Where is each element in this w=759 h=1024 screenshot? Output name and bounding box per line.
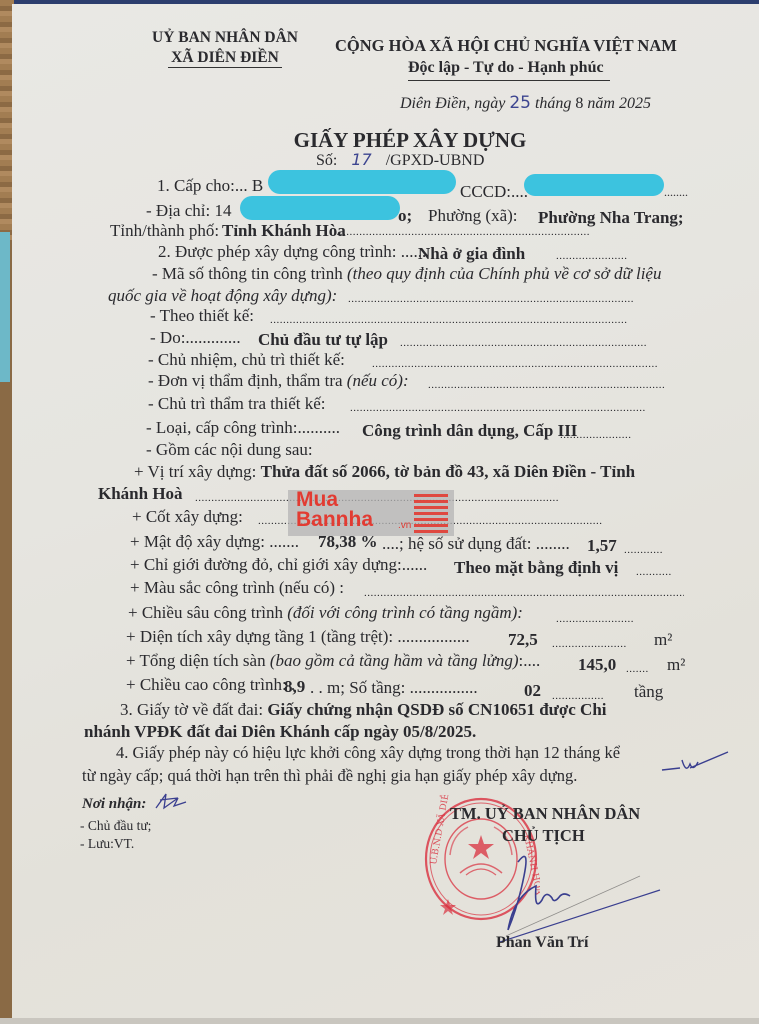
issued-to-label: 1. Cấp cho:... B <box>157 176 263 196</box>
design-label: - Theo thiết kế: <box>150 306 254 326</box>
boundary-value: Theo mặt bằng định vị <box>454 558 618 578</box>
header-left-underline <box>168 67 282 68</box>
far-value: 1,57 <box>587 536 617 556</box>
floor-area-line: + Tổng diện tích sàn (bao gồm cả tầng hầ… <box>126 651 540 671</box>
initials-icon <box>152 790 188 812</box>
floors-value: 02 <box>524 681 541 701</box>
density-value: 78,38 % <box>318 532 378 552</box>
design-lead-label: - Chủ nhiệm, chủ trì thiết kế: <box>148 350 345 370</box>
depth-dots: ........................ <box>556 609 634 629</box>
density-label: + Mật độ xây dựng: ....... <box>130 532 299 552</box>
by-dots: ........................................… <box>400 333 685 353</box>
redaction-address <box>240 196 400 220</box>
density-mid: ....; hệ số sử dụng đất: ........ <box>382 534 570 554</box>
height-label: + Chiều cao công trình: . <box>126 675 295 695</box>
floor-area-unit: m² <box>667 655 685 675</box>
appraisal-label: - Đơn vị thẩm định, thẩm tra (nếu có): <box>148 371 409 391</box>
ground-area-label: + Diện tích xây dựng tầng 1 (tầng trệt):… <box>126 627 470 647</box>
redaction-name <box>268 170 456 194</box>
watermark-logo: Mua Bannha .vn <box>288 490 454 536</box>
type-label: - Loại, cấp công trình:.......... <box>146 418 340 438</box>
design-lead-dots: ........................................… <box>372 354 684 374</box>
location-line: + Vị trí xây dựng: Thửa đất số 2066, tờ … <box>134 462 635 482</box>
commune-name: XÃ DIÊN ĐIỀN <box>150 48 300 68</box>
appraisal-dots: ........................................… <box>428 375 684 395</box>
color-label: + Màu sắc công trình (nếu có) : <box>130 578 344 598</box>
code-label: - Mã số thông tin công trình (theo quy đ… <box>152 264 661 284</box>
recipient-item: - Lưu:VT. <box>80 834 134 854</box>
handwritten-day: 25 <box>509 93 531 113</box>
elevation-label: + Cốt xây dựng: <box>132 507 243 527</box>
signatory-org: TM. UỶ BAN NHÂN DÂN <box>450 804 640 824</box>
depth-line: + Chiều sâu công trình (đối với công trì… <box>128 603 523 623</box>
date-line: Diên Điền, ngày 25 tháng 8 năm 2025 <box>400 93 651 114</box>
permitted-dots: ...................... <box>556 246 686 266</box>
by-value: Chủ đầu tư tự lập <box>258 330 388 350</box>
background-blue-object <box>0 232 10 382</box>
boundary-dots: ........... <box>636 562 672 582</box>
review-dots: ........................................… <box>350 398 685 418</box>
type-dots: ...................... <box>560 425 675 445</box>
land-docs-line: 3. Giấy tờ về đất đai: Giấy chứng nhận Q… <box>120 700 607 720</box>
review-label: - Chủ trì thẩm tra thiết kế: <box>148 394 326 414</box>
motto-underline <box>408 80 610 81</box>
land-docs-value: nhánh VPĐK đất đai Diên Khánh cấp ngày 0… <box>84 722 476 742</box>
floors-unit: tầng <box>634 682 663 702</box>
permit-number: Số: 17 /GPXD-UBND <box>316 150 484 171</box>
cccd-label: CCCD:.... <box>460 182 528 202</box>
handwritten-number: 17 <box>351 150 371 169</box>
watermark-suffix: .vn <box>398 520 411 531</box>
type-value: Công trình dân dụng, Cấp III <box>362 421 577 441</box>
recipient-item: - Chủ đầu tư; <box>80 816 151 836</box>
background-bottom-edge <box>0 1018 759 1024</box>
validity-line-2: từ ngày cấp; quá thời hạn trên thì phải … <box>82 766 577 786</box>
national-title: CỘNG HÒA XÃ HỘI CHỦ NGHĨA VIỆT NAM <box>335 36 677 56</box>
permitted-label: 2. Được phép xây dựng công trình: ...... <box>158 242 426 262</box>
permitted-value: Nhà ở gia đình <box>418 244 525 264</box>
ground-area-dots: ....................... <box>552 634 627 654</box>
province-value: Tỉnh Khánh Hòa <box>222 221 346 241</box>
far-dots: ............ <box>624 540 663 560</box>
code-note: quốc gia về hoạt động xây dựng): <box>108 286 337 306</box>
document-title: GIẤY PHÉP XÂY DỰNG <box>280 128 540 152</box>
boundary-label: + Chỉ giới đường đỏ, chỉ giới xây dựng:.… <box>130 555 427 575</box>
code-dots: ........................................… <box>348 289 686 309</box>
province-label: Tỉnh/thành phố: <box>110 221 219 241</box>
province-dots: ........................................… <box>330 222 685 242</box>
building-icon <box>414 494 448 534</box>
national-motto: Độc lập - Tự do - Hạnh phúc <box>408 58 604 78</box>
height-mid: . . m; Số tầng: ................ <box>310 678 478 698</box>
watermark-text: Mua Bannha <box>296 490 373 530</box>
floor-area-dots: ....... <box>626 659 649 679</box>
initials-icon <box>660 748 730 778</box>
agency-name: UỶ BAN NHÂN DÂN <box>140 28 310 48</box>
by-label: - Do:............. <box>150 328 241 348</box>
floor-area-value: 145,0 <box>578 655 616 675</box>
cccd-dots: ........ <box>664 182 688 202</box>
color-dots: ........................................… <box>364 583 684 603</box>
contents-label: - Gồm các nội dung sau: <box>146 440 313 460</box>
ground-area-value: 72,5 <box>508 630 538 650</box>
redaction-cccd <box>524 174 664 196</box>
recipients-title: Nơi nhận: <box>82 794 146 814</box>
svg-text:U.B.N.D XÃ DIÊN: U.B.N.D XÃ DIÊN <box>427 795 453 866</box>
ground-area-unit: m² <box>654 630 672 650</box>
signatory-name: Phan Văn Trí <box>496 933 588 953</box>
location-value-2: Khánh Hoà <box>98 484 183 504</box>
height-value: 8,9 <box>284 677 305 697</box>
signatory-title: CHỦ TỊCH <box>502 826 585 846</box>
address-label: - Địa chỉ: 14 <box>146 201 231 221</box>
design-dots: ........................................… <box>270 310 686 330</box>
validity-line-1: 4. Giấy phép này có hiệu lực khởi công x… <box>116 743 620 763</box>
